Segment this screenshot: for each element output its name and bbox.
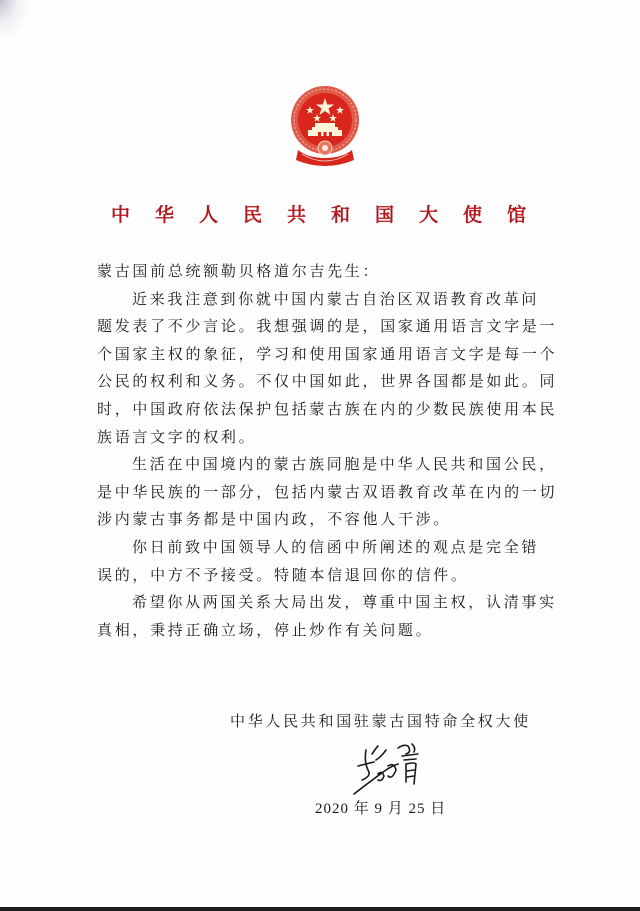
paragraph-4-line-2: 真相，秉持正确立场，停止炒作有关问题。 — [97, 617, 567, 645]
embassy-title: 中华人民共和国大使馆 — [0, 203, 640, 227]
letter-page: 中华人民共和国大使馆 蒙古国前总统额勒贝格道尔吉先生： 近来我注意到你就中国内蒙… — [0, 0, 640, 907]
paragraph-4-line-1: 希望你从两国关系大局出发，尊重中国主权，认清事实 — [97, 589, 567, 617]
paragraph-3-line-2: 误的，中方不予接受。特随本信退回你的信件。 — [97, 562, 567, 590]
paragraph-2-line-3: 涉内蒙古事务都是中国内政，不容他人干涉。 — [97, 506, 567, 534]
handwritten-signature-icon — [352, 740, 432, 796]
paragraph-1-line-1: 近来我注意到你就中国内蒙古自治区双语教育改革问 — [97, 286, 567, 314]
paragraph-1-line-6: 族语言文字的权利。 — [97, 424, 567, 452]
salutation: 蒙古国前总统额勒贝格道尔吉先生： — [97, 258, 567, 286]
paragraph-2-line-1: 生活在中国境内的蒙古族同胞是中华人民共和国公民， — [97, 451, 567, 479]
letter-body: 蒙古国前总统额勒贝格道尔吉先生： 近来我注意到你就中国内蒙古自治区双语教育改革问… — [97, 258, 567, 644]
paragraph-3-line-1: 你日前致中国领导人的信函中所阐述的观点是完全错 — [97, 534, 567, 562]
paragraph-1-line-4: 公民的权利和义务。不仅中国如此，世界各国都是如此。同 — [97, 368, 567, 396]
letter-date: 2020 年 9 月 25 日 — [315, 797, 446, 821]
paragraph-1-line-5: 时，中国政府依法保护包括蒙古族在内的少数民族使用本民 — [97, 396, 567, 424]
paragraph-1-line-3: 个国家主权的象征，学习和使用国家通用语言文字是每一个 — [97, 341, 567, 369]
scan-corner-shadow — [0, 0, 30, 40]
national-emblem-icon — [288, 84, 362, 166]
paragraph-2-line-2: 是中华民族的一部分，包括内蒙古双语教育改革在内的一切 — [97, 479, 567, 507]
paragraph-1-line-2: 题发表了不少言论。我想强调的是，国家通用语言文字是一 — [97, 313, 567, 341]
scan-bottom-edge — [0, 907, 640, 911]
ambassador-title: 中华人民共和国驻蒙古国特命全权大使 — [230, 709, 531, 733]
